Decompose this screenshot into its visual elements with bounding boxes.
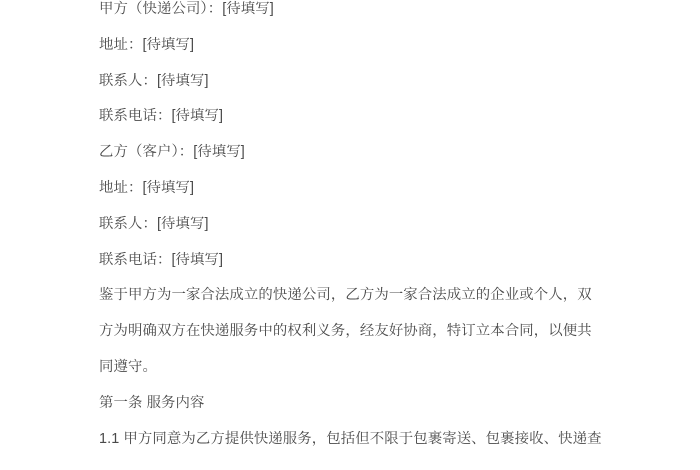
party-b-contact-line: 联系人：[待填写] [99, 207, 659, 243]
party-a-title-line: 甲方（快递公司）：[待填写] [99, 0, 659, 28]
party-a-phone-line: 联系电话：[待填写] [99, 99, 659, 135]
clause-1-1-line: 1.1 甲方同意为乙方提供快递服务，包括但不限于包裹寄送、包裹接收、快递查 [99, 422, 659, 458]
article-1-heading: 第一条 服务内容 [99, 386, 659, 422]
party-b-title-line: 乙方（客户）：[待填写] [99, 135, 659, 171]
party-a-address-line: 地址：[待填写] [99, 28, 659, 64]
party-b-address-line: 地址：[待填写] [99, 171, 659, 207]
preamble-line-2: 方为明确双方在快递服务中的权利义务，经友好协商，特订立本合同，以便共 [99, 314, 659, 350]
party-b-phone-line: 联系电话：[待填写] [99, 243, 659, 279]
party-a-contact-line: 联系人：[待填写] [99, 64, 659, 100]
preamble-line-3: 同遵守。 [99, 350, 659, 386]
preamble-line-1: 鉴于甲方为一家合法成立的快递公司，乙方为一家合法成立的企业或个人，双 [99, 278, 659, 314]
contract-text-block: 甲方（快递公司）：[待填写] 地址：[待填写] 联系人：[待填写] 联系电话：[… [99, 0, 659, 457]
document-page: 甲方（快递公司）：[待填写] 地址：[待填写] 联系人：[待填写] 联系电话：[… [0, 0, 700, 470]
